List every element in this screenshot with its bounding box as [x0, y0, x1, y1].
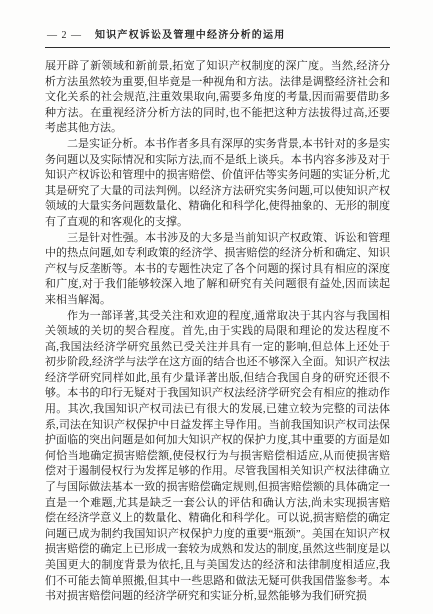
body-paragraph: 作为一部译著,其受关注和欢迎的程度,通常取决于其内容与我国相关领域的关切的契合程…: [45, 309, 390, 605]
book-title: 知识产权诉讼及管理中经济分析的运用: [95, 26, 285, 41]
body-text: 展开辟了新领域和新前景,拓宽了知识产权制度的深广度。当然,经济分析方法虽然较为重…: [45, 59, 390, 605]
page-number: — 2 —: [47, 30, 82, 41]
book-page: — 2 — 知识产权诉讼及管理中经济分析的运用 展开辟了新领域和新前景,拓宽了知…: [0, 0, 433, 614]
body-paragraph: 展开辟了新领域和新前景,拓宽了知识产权制度的深广度。当然,经济分析方法虽然较为重…: [45, 59, 390, 137]
body-paragraph: 二是实证分析。本书作者多具有深厚的实务背景,本书针对的多是实务问题以及实际情况和…: [45, 137, 390, 231]
body-paragraph: 三是针对性强。本书涉及的大多是当前知识产权政策、诉讼和管理中的热点问题,如专利政…: [45, 231, 390, 309]
running-header: — 2 — 知识产权诉讼及管理中经济分析的运用: [45, 26, 390, 48]
